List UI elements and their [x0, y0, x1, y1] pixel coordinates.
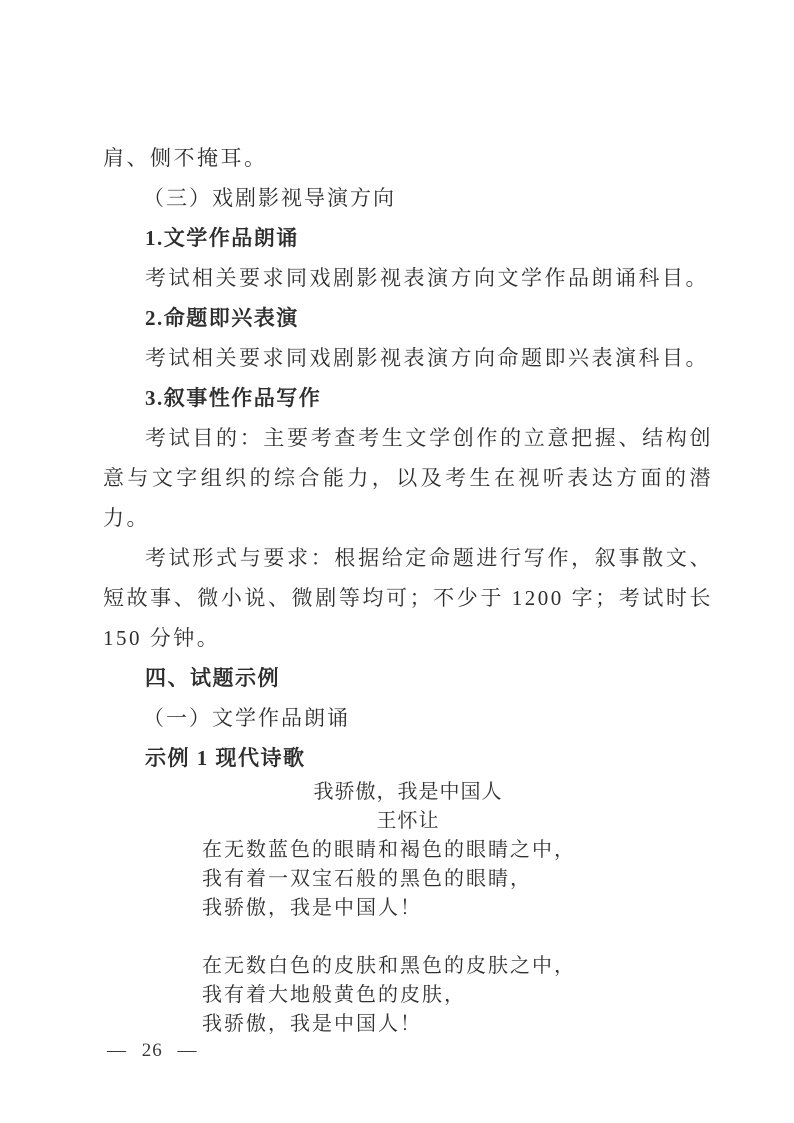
exam-requirement-paragraph-1: 考试相关要求同戏剧影视表演方向文学作品朗诵科目。 [103, 258, 713, 298]
poem-line: 在无数白色的皮肤和黑色的皮肤之中， [202, 952, 713, 981]
paragraph-continuation: 肩、侧不掩耳。 [103, 138, 713, 178]
exam-requirement-paragraph-2: 考试相关要求同戏剧影视表演方向命题即兴表演科目。 [103, 338, 713, 378]
poem-title: 我骄傲，我是中国人 [103, 778, 713, 807]
poem-stanza-2: 在无数白色的皮肤和黑色的皮肤之中， 我有着大地般黄色的皮肤， 我骄傲，我是中国人… [103, 952, 713, 1039]
poem-line: 在无数蓝色的眼睛和褐色的眼睛之中， [202, 836, 713, 865]
subject-heading-3: 3.叙事性作品写作 [103, 378, 713, 418]
poem-author: 王怀让 [103, 807, 713, 836]
poem-line: 我有着大地般黄色的皮肤， [202, 981, 713, 1010]
subject-heading-1: 1.文学作品朗诵 [103, 218, 713, 258]
page-content: 肩、侧不掩耳。 （三）戏剧影视导演方向 1.文学作品朗诵 考试相关要求同戏剧影视… [103, 138, 713, 1039]
poem-line: 我有着一双宝石般的黑色的眼睛， [202, 865, 713, 894]
subsection-heading-one: （一）文学作品朗诵 [103, 698, 713, 738]
document-page: 肩、侧不掩耳。 （三）戏剧影视导演方向 1.文学作品朗诵 考试相关要求同戏剧影视… [0, 0, 794, 1123]
chapter-heading-four: 四、试题示例 [103, 658, 713, 698]
poem-line: 我骄傲，我是中国人！ [202, 894, 713, 923]
exam-purpose-paragraph: 考试目的：主要考查考生文学创作的立意把握、结构创意与文字组织的综合能力，以及考生… [103, 418, 713, 538]
section-heading-three: （三）戏剧影视导演方向 [103, 178, 713, 218]
subject-heading-2: 2.命题即兴表演 [103, 298, 713, 338]
poem: 我骄傲，我是中国人 王怀让 在无数蓝色的眼睛和褐色的眼睛之中， 我有着一双宝石般… [103, 778, 713, 1039]
example-heading: 示例 1 现代诗歌 [103, 738, 713, 778]
page-number: — 26 — [107, 1038, 198, 1064]
poem-line: 我骄傲，我是中国人！ [202, 1010, 713, 1039]
exam-format-paragraph: 考试形式与要求：根据给定命题进行写作，叙事散文、短故事、微小说、微剧等均可；不少… [103, 538, 713, 658]
poem-stanza-1: 在无数蓝色的眼睛和褐色的眼睛之中， 我有着一双宝石般的黑色的眼睛， 我骄傲，我是… [103, 836, 713, 923]
